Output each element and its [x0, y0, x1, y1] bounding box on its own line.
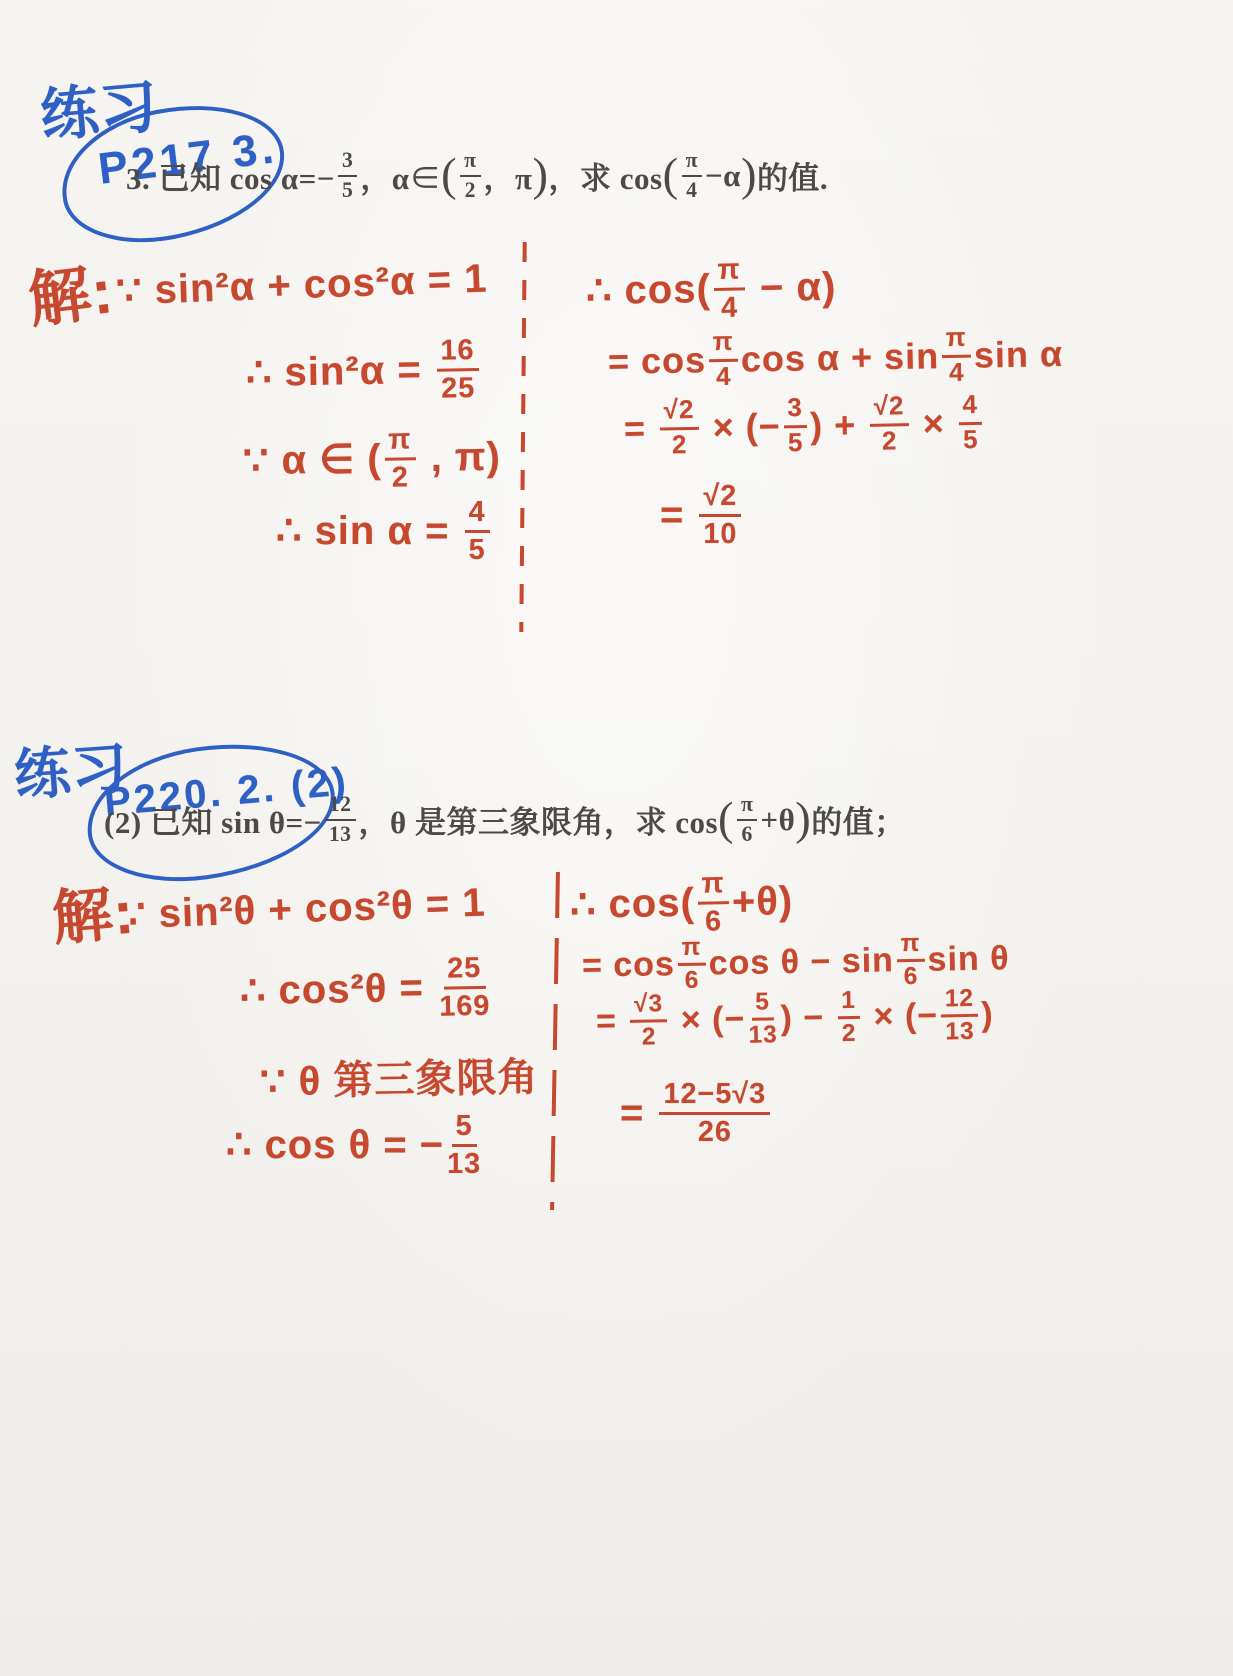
text-run: ∴ sin α = — [276, 508, 462, 554]
text-run: ∴ cos θ = − — [226, 1122, 444, 1168]
fraction: π4 — [709, 330, 739, 391]
text-run: 的值. — [757, 153, 828, 198]
text-run: ，求 cos — [549, 153, 663, 198]
bracket: ( — [718, 799, 734, 841]
sol1-column-divider — [519, 242, 526, 632]
text-run: ，α∈ — [360, 153, 441, 198]
text-run: = cos — [608, 340, 707, 384]
bracket: ) — [741, 155, 757, 197]
text-run: = — [660, 493, 696, 538]
sol2-right-line-result: = 12−5√326 — [620, 1080, 773, 1147]
fraction: 45 — [465, 498, 490, 565]
fraction: π6 — [896, 932, 925, 990]
text-run: × (− — [701, 406, 781, 449]
sol2-left-line-cos-value: ∴ cos θ = −513 — [226, 1112, 484, 1179]
sol1-right-line-expansion: = cosπ4cos α + sinπ4sin α — [608, 324, 1064, 393]
sol2-left-line-cos2-value: ∴ cos²θ = 25169 — [239, 954, 493, 1025]
bracket: ( — [441, 155, 457, 197]
fraction: 12−5√326 — [659, 1080, 770, 1147]
sol1-right-line-result: = √210 — [660, 482, 744, 549]
text-run: × — [911, 403, 956, 446]
text-run: ∴ cos( — [586, 266, 712, 314]
bracket: ( — [663, 155, 679, 197]
text-run: sin θ — [927, 940, 1010, 980]
sol1-left-line-sin-value: ∴ sin α = 45 — [276, 498, 493, 565]
text-run: ) + — [810, 404, 868, 447]
problem-statement-1: 3. 已知 cos α=−35，α∈(π2，π)，求 cos(π4−α)的值. — [126, 150, 828, 201]
sol1-right-line-substitution: = √22 × (−35) + √22 × 45 — [623, 393, 985, 460]
text-run: 3. 已知 cos α=− — [126, 153, 335, 198]
text-run: +θ — [760, 802, 795, 838]
fraction: π4 — [942, 326, 972, 387]
sol2-left-line-quadrant: ∵ θ 第三象限角 — [260, 1046, 539, 1108]
text-run: × (− — [670, 1000, 746, 1040]
text-run: sin α — [974, 333, 1064, 377]
text-run: = — [624, 408, 658, 451]
text-run: ∴ sin²α = — [246, 347, 435, 396]
sol1-left-line-interval: ∵ α ∈ (π2 , π) — [242, 424, 501, 495]
problem-statement-2: (2) 已知 sin θ=−1213，θ 是第三象限角，求 cos(π6+θ)的… — [104, 794, 906, 845]
fraction: √22 — [870, 394, 910, 456]
text-run: ) — [981, 996, 994, 1035]
fraction: 12 — [837, 989, 861, 1047]
sol1-left-line-sin2-value: ∴ sin²α = 1625 — [245, 336, 482, 407]
fraction: π4 — [682, 150, 702, 201]
fraction: π2 — [384, 425, 416, 492]
text-run: ∴ cos²θ = — [240, 965, 437, 1014]
fraction: 35 — [783, 396, 807, 457]
fraction: π6 — [737, 794, 757, 845]
fraction: 1213 — [941, 987, 979, 1046]
text-run: 的值； — [811, 797, 906, 842]
sol2-right-line-target: ∴ cos(π6+θ) — [569, 868, 793, 938]
worksheet-page: 练习 P217 3. 3. 已知 cos α=−35，α∈(π2，π)，求 co… — [0, 0, 1233, 1676]
fraction: π2 — [460, 150, 480, 201]
solution-label-1: 解: — [23, 241, 118, 340]
text-run: −α — [705, 158, 741, 194]
fraction: π6 — [677, 936, 706, 994]
sol1-right-line-target: ∴ cos(π4 − α) — [585, 254, 836, 325]
fraction: 35 — [338, 150, 357, 201]
fraction: 513 — [447, 1112, 481, 1179]
text-run: ) − — [780, 999, 835, 1039]
fraction: 1213 — [325, 794, 356, 845]
text-run: cos θ − sin — [708, 942, 894, 984]
fraction: √22 — [660, 398, 700, 460]
text-run: +θ) — [731, 879, 793, 925]
text-run: ，θ 是第三象限角，求 cos — [359, 797, 719, 842]
text-run: − α) — [747, 265, 836, 312]
sol2-left-line-identity: ∵ sin²θ + cos²θ = 1 — [119, 880, 486, 939]
fraction: 513 — [748, 990, 778, 1048]
sol2-right-line-substitution: = √32 × (−513) − 12 × (−1213) — [596, 987, 995, 1052]
sol2-column-divider — [550, 872, 560, 1210]
fraction: 1625 — [436, 336, 479, 403]
text-run: = — [596, 1002, 628, 1042]
fraction: π6 — [697, 869, 729, 936]
fraction: 45 — [958, 393, 982, 454]
text-run: ，π — [484, 153, 533, 198]
text-run: ∵ sin²α + cos²α = 1 — [115, 256, 488, 315]
fraction: √32 — [630, 992, 668, 1051]
bracket: ) — [533, 155, 549, 197]
text-run: × (− — [863, 997, 939, 1037]
fraction: 25169 — [438, 954, 490, 1021]
fraction: π4 — [713, 255, 745, 322]
text-run: (2) 已知 sin θ=− — [104, 797, 322, 842]
sol1-left-line-identity: ∵ sin²α + cos²α = 1 — [115, 256, 488, 315]
text-run: ∵ α ∈ ( — [243, 436, 382, 484]
text-run: ∵ sin²θ + cos²θ = 1 — [119, 880, 486, 939]
text-run: ∴ cos( — [570, 880, 696, 928]
text-run: , π) — [418, 435, 501, 481]
text-run: = cos — [582, 946, 676, 987]
text-run: = — [620, 1091, 656, 1136]
bracket: ) — [795, 799, 811, 841]
text-run: ∵ θ 第三象限角 — [260, 1046, 539, 1108]
fraction: √210 — [699, 482, 741, 549]
text-run: cos α + sin — [741, 336, 940, 381]
